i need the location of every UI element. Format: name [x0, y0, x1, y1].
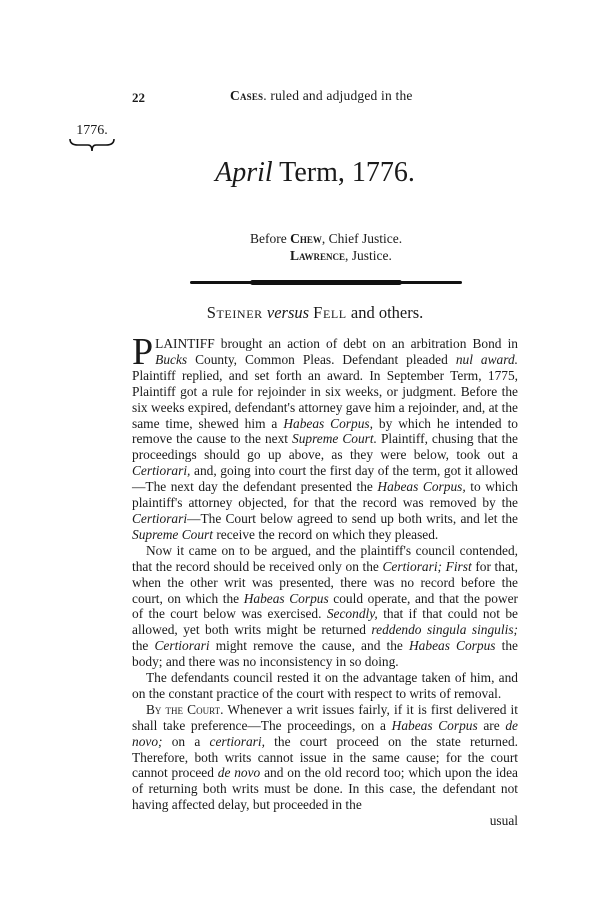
running-head: Cases. ruled and adjudged in the: [230, 88, 413, 104]
text-italic: Habeas Corpus: [244, 591, 329, 606]
brace-icon: [68, 138, 116, 152]
text-italic: First: [446, 559, 472, 574]
text: brought an action of debt on an arbitrat…: [215, 336, 518, 351]
text-italic: Supreme Court.: [292, 431, 377, 446]
by-the-court: By the Court.: [146, 702, 223, 717]
bench-justices: Before Chew, Chief Justice. Lawrence, Ju…: [250, 230, 402, 264]
text: are: [478, 718, 506, 733]
term-month: April: [215, 157, 273, 188]
text-italic: de novo: [218, 765, 261, 780]
drop-cap: P: [132, 337, 153, 367]
text: receive the record on which they pleased…: [213, 527, 438, 542]
text-italic: Certiorari;: [383, 559, 443, 574]
case-rest: and others.: [347, 303, 424, 322]
text-italic: nul award.: [456, 352, 518, 367]
page-number: 22: [132, 90, 145, 106]
term-rest: Term, 1776.: [273, 157, 415, 188]
paragraph-2: Now it came on to be argued, and the pla…: [132, 543, 518, 670]
text-italic: Bucks: [155, 352, 187, 367]
text: on a: [163, 734, 210, 749]
bench-line-1: Before Chew, Chief Justice.: [250, 230, 402, 247]
lead-word: LAINTIFF: [155, 336, 215, 351]
text-italic: Habeas Corpus,: [283, 416, 373, 431]
bench-prefix: Before: [250, 231, 290, 246]
term-title: April Term, 1776.: [0, 157, 600, 189]
running-head-smallcaps: Cases: [230, 88, 263, 103]
text-italic: Supreme Court: [132, 527, 213, 542]
text-italic: Habeas Corpus,: [377, 479, 465, 494]
margin-year: 1776.: [68, 123, 116, 139]
justice-title: , Justice.: [345, 248, 392, 263]
text: the: [132, 638, 155, 653]
text: County, Common Pleas. Defendant pleaded: [187, 352, 456, 367]
case-body: PLAINTIFF brought an action of debt on a…: [132, 336, 518, 829]
chief-justice-title: , Chief Justice.: [322, 231, 402, 246]
catchword: usual: [132, 813, 518, 829]
paragraph-4: By the Court. Whenever a writ issues fai…: [132, 702, 518, 813]
running-head-rest: . ruled and adjudged in the: [263, 88, 412, 103]
text-italic: Certiorari: [155, 638, 210, 653]
justice-name: Lawrence: [290, 248, 345, 263]
chief-justice-name: Chew: [290, 231, 322, 246]
case-plaintiff: Steiner: [207, 303, 263, 322]
text-italic: certiorari,: [210, 734, 265, 749]
text-italic: Habeas Corpus: [409, 638, 495, 653]
case-title: Steiner versus Fell and others.: [0, 303, 600, 323]
paragraph-3: The defendants council rested it on the …: [132, 670, 518, 702]
case-defendant: Fell: [313, 303, 347, 322]
text-italic: Secondly,: [327, 606, 378, 621]
text-italic: reddendo singula singulis;: [371, 622, 518, 637]
bench-line-2: Lawrence, Justice.: [250, 247, 402, 264]
text: might remove the cause, and the: [210, 638, 409, 653]
text-italic: Certiorari,: [132, 463, 190, 478]
case-versus: versus: [267, 303, 309, 322]
text-italic: Certiorari: [132, 511, 187, 526]
text: —The Court below agreed to send up both …: [187, 511, 518, 526]
text-italic: Habeas Corpus: [392, 718, 478, 733]
paragraph-1: PLAINTIFF brought an action of debt on a…: [132, 336, 518, 543]
section-divider: [190, 281, 462, 284]
